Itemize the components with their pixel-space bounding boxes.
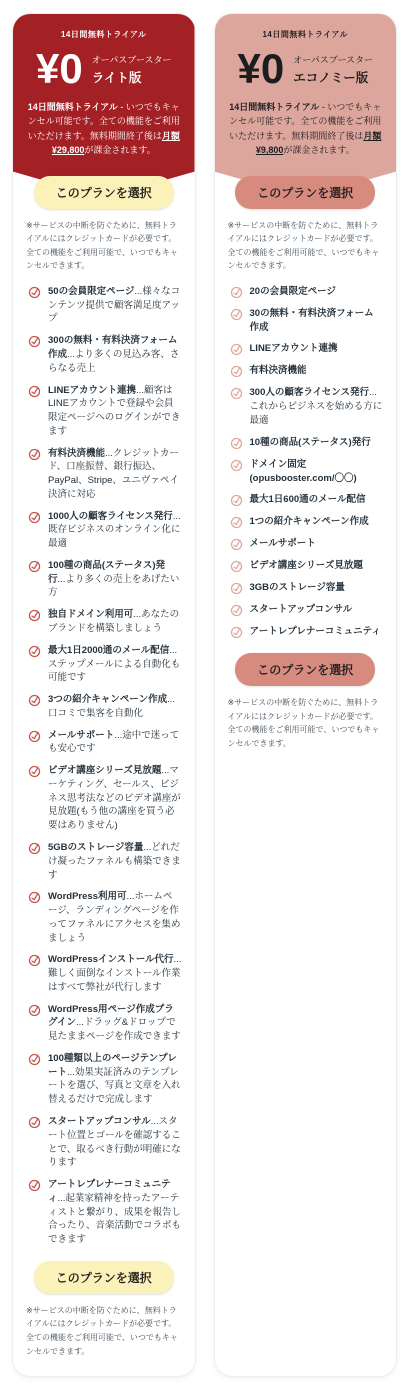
check-icon [28,1004,41,1017]
feature-item: 最大1日600通のメール配信 [230,493,384,507]
feature-item: LINEアカウント連携...顧客はLINEアカウントで登録や会員限定ページへのロ… [28,384,182,439]
feature-item: 独自ドメイン利用可...あなたのブランドを構築しましょう [28,608,182,636]
check-icon [230,560,243,573]
feature-item: 300の無料・有料決済フォーム作成...より多くの見込み客、さらなる売上 [28,334,182,375]
check-icon [230,365,243,378]
feature-item: メールサポート [230,537,384,551]
feature-item: 50の会員限定ページ...様々なコンテンツ提供で顧客満足度アップ [28,285,182,326]
feature-title: メールサポート [250,538,316,549]
feature-item: 1つの紹介キャンペーン作成 [230,515,384,529]
brand-name: オーパスブースター [293,53,373,66]
feature-title: 20の会員限定ページ [250,286,336,297]
feature-item: 3つの紹介キャンペーン作成...口コミで集客を自動化 [28,693,182,721]
check-icon [28,954,41,967]
feature-title: LINEアカウント連携 [48,385,136,396]
trial-badge: 14日間無料トライアル [26,29,182,40]
feature-item: 30の無料・有料決済フォーム作成 [230,307,384,335]
feature-list: 20の会員限定ページ 30の無料・有料決済フォーム作成 LINEアカウント連携 … [215,273,397,639]
feature-item: 10種の商品(ステータス)発行 [230,436,384,450]
feature-title: 有料決済機能 [250,365,307,376]
feature-title: WordPressインストール代行 [48,954,174,965]
feature-title: LINEアカウント連携 [250,343,338,354]
feature-title: スタートアップコンサル [250,604,353,615]
feature-title: 300人の顧客ライセンス発行 [250,387,370,398]
feature-item: WordPress利用可...ホームページ、ランディングページを作ってファネルに… [28,890,182,945]
feature-title: 10種の商品(ステータス)発行 [250,437,371,448]
feature-item: LINEアカウント連携 [230,342,384,356]
feature-item: ドメイン固定(opusbooster.com/〇〇) [230,458,384,486]
check-icon [28,385,41,398]
price-value: ¥0 [237,48,284,90]
feature-item: 20の会員限定ページ [230,285,384,299]
feature-title: 有料決済機能 [48,448,105,459]
check-icon [230,516,243,529]
feature-title: 最大1日2000通のメール配信 [48,645,169,656]
check-icon [28,842,41,855]
check-icon [230,626,243,639]
feature-item: WordPress用ページ作成プラグイン...ドラッグ&ドロップで見たままページ… [28,1003,182,1044]
check-icon [28,765,41,778]
feature-desc: ...効果実証済みのテンプレートを選び、写真と文章を入れ替えるだけで完成します [48,1067,181,1106]
feature-item: 最大1日2000通のメール配信...ステップメールによる自動化も可能です [28,644,182,685]
spacer [215,769,397,1377]
feature-desc: ...より多くの売上をあげたい方 [48,574,179,599]
check-icon [230,437,243,450]
check-icon [28,891,41,904]
feature-item: 3GBのストレージ容量 [230,581,384,595]
feature-item: メールサポート...途中で迷っても安心です [28,729,182,757]
plan-edition: エコノミー版 [293,68,373,86]
check-icon [230,387,243,400]
feature-item: スタートアップコンサル [230,603,384,617]
brand-name: オーパスブースター [92,53,172,66]
select-plan-button[interactable]: このプランを選択 [34,1261,174,1294]
feature-title: 独自ドメイン利用可 [48,609,133,620]
select-plan-button[interactable]: このプランを選択 [34,176,174,209]
check-icon [28,1053,41,1066]
check-icon [28,286,41,299]
check-icon [230,286,243,299]
trial-description: 14日間無料トライアル - いつでもキャンセル可能です。全ての機能をご利用いただ… [26,100,182,158]
feature-item: 100種類以上のページテンプレート...効果実証済みのテンプレートを選び、写真と… [28,1052,182,1107]
check-icon [28,1116,41,1129]
card-bottom: このプランを選択 ※サービスの中断を防ぐために、無料トライアルにはクレジットカー… [13,1247,195,1376]
check-icon [230,604,243,617]
feature-title: ビデオ講座シリーズ見放題 [48,765,161,776]
feature-desc: ...より多くの見込み客、さらなる売上 [48,349,179,374]
check-icon [28,730,41,743]
feature-item: ビデオ講座シリーズ見放題 [230,559,384,573]
plan-header: 14日間無料トライアル ¥0 オーパスブースター ライト版 14日間無料トライア… [13,14,195,198]
feature-title: 50の会員限定ページ [48,286,134,297]
plan-brand: オーパスブースター エコノミー版 [293,53,373,86]
check-icon [230,538,243,551]
plan-card-light: 14日間無料トライアル ¥0 オーパスブースター ライト版 14日間無料トライア… [12,13,196,1377]
check-icon [28,560,41,573]
check-icon [28,694,41,707]
check-icon [28,645,41,658]
feature-item: 5GBのストレージ容量...どれだけ凝ったファネルも構築できます [28,841,182,882]
feature-title: 5GBのストレージ容量 [48,842,143,853]
check-icon [230,343,243,356]
credit-card-note: ※サービスの中断を防ぐために、無料トライアルにはクレジットカードが必要です。全て… [13,209,195,273]
feature-item: 有料決済機能...クレジットカード、口座振替、銀行振込、PayPal、Strip… [28,447,182,502]
trial-description: 14日間無料トライアル - いつでもキャンセル可能です。全ての機能をご利用いただ… [228,100,384,158]
trial-badge: 14日間無料トライアル [228,29,384,40]
card-bottom: このプランを選択 ※サービスの中断を防ぐために、無料トライアルにはクレジットカー… [215,639,397,768]
check-icon [28,1179,41,1192]
feature-item: アートレプレナーコミュニティ...起業家精神を持ったアーティストと繋がり、成果を… [28,1178,182,1247]
price-row: ¥0 オーパスブースター ライト版 [26,48,182,90]
feature-title: スタートアップコンサル [48,1116,151,1127]
credit-card-note: ※サービスの中断を防ぐために、無料トライアルにはクレジットカードが必要です。全て… [215,686,397,754]
plan-header: 14日間無料トライアル ¥0 オーパスブースター エコノミー版 14日間無料トラ… [215,14,397,198]
feature-item: WordPressインストール代行...難しく面倒なインストール作業はすべて弊社… [28,953,182,994]
plan-brand: オーパスブースター ライト版 [92,53,172,86]
feature-title: 30の無料・有料決済フォーム作成 [250,308,374,333]
feature-item: アートレプレナーコミュニティ [230,625,384,639]
select-plan-button[interactable]: このプランを選択 [235,176,375,209]
feature-title: 1つの紹介キャンペーン作成 [250,516,369,527]
price-value: ¥0 [36,48,83,90]
plan-card-economy: 14日間無料トライアル ¥0 オーパスブースター エコノミー版 14日間無料トラ… [214,13,398,1377]
check-icon [230,582,243,595]
feature-title: 3つの紹介キャンペーン作成 [48,694,167,705]
feature-title: WordPress利用可 [48,891,126,902]
check-icon [28,511,41,524]
feature-item: 300人の顧客ライセンス発行...これからビジネスを始める方に最適 [230,386,384,427]
feature-title: ビデオ講座シリーズ見放題 [250,560,363,571]
check-icon [230,308,243,321]
feature-title: アートレプレナーコミュニティ [250,626,381,637]
plan-edition: ライト版 [92,68,172,86]
feature-title: ドメイン固定(opusbooster.com/〇〇) [250,459,357,484]
credit-card-note: ※サービスの中断を防ぐために、無料トライアルにはクレジットカードが必要です。全て… [13,1294,195,1362]
feature-item: スタートアップコンサル...スタート位置とゴールを確認することで、取るべき行動が… [28,1115,182,1170]
feature-title: メールサポート [48,730,114,741]
check-icon [28,609,41,622]
feature-item: 有料決済機能 [230,364,384,378]
pricing-section: 14日間無料トライアル ¥0 オーパスブースター ライト版 14日間無料トライア… [0,0,409,1387]
check-icon [230,494,243,507]
feature-item: ビデオ講座シリーズ見放題...マーケティング、セールス、ビジネス思考法などのビデ… [28,764,182,833]
feature-title: 1000人の顧客ライセンス発行 [48,511,173,522]
check-icon [28,335,41,348]
feature-title: 3GBのストレージ容量 [250,582,345,593]
feature-list: 50の会員限定ページ...様々なコンテンツ提供で顧客満足度アップ 300の無料・… [13,273,195,1247]
price-row: ¥0 オーパスブースター エコノミー版 [228,48,384,90]
select-plan-button[interactable]: このプランを選択 [235,653,375,686]
feature-item: 100種の商品(ステータス)発行...より多くの売上をあげたい方 [28,559,182,600]
check-icon [28,448,41,461]
feature-desc: ...起業家精神を持ったアーティストと繋がり、成果を報告し合ったり、音楽活動でコ… [48,1193,181,1245]
feature-item: 1000人の顧客ライセンス発行...既存ビジネスのオンライン化に最適 [28,510,182,551]
feature-title: 最大1日600通のメール配信 [250,494,366,505]
credit-card-note: ※サービスの中断を防ぐために、無料トライアルにはクレジットカードが必要です。全て… [215,209,397,273]
check-icon [230,459,243,472]
